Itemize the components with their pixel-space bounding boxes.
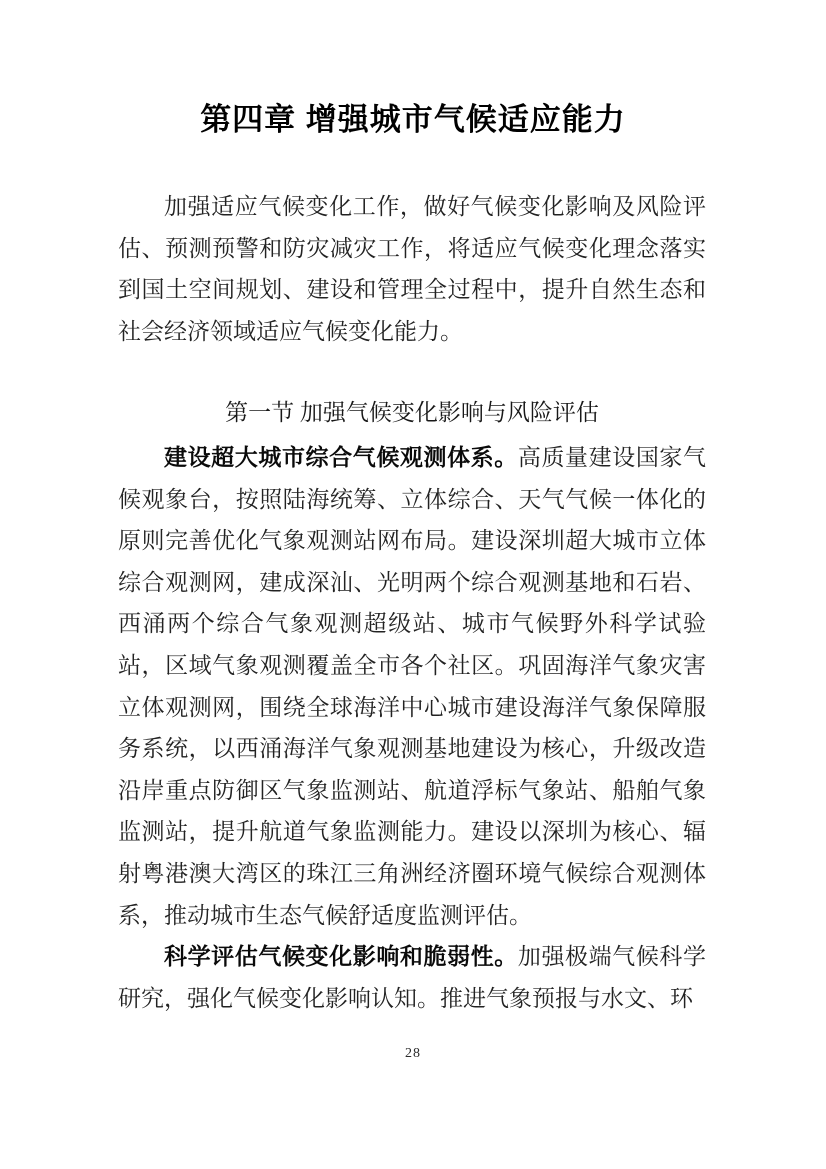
paragraph-lead: 建设超大城市综合气候观测体系。 <box>164 445 518 470</box>
chapter-title: 第四章 增强城市气候适应能力 <box>0 98 826 142</box>
paragraph-climate-assessment: 科学评估气候变化影响和脆弱性。加强极端气候科学研究，强化气候变化影响认知。推进气… <box>118 936 706 1019</box>
section-heading: 第一节 加强气候变化影响与风险评估 <box>118 392 706 434</box>
document-page: 第四章 增强城市气候适应能力 加强适应气候变化工作，做好气候变化影响及风险评估、… <box>0 0 826 1169</box>
section-body: 建设超大城市综合气候观测体系。高质量建设国家气候观象台，按照陆海统筹、立体综合、… <box>118 437 706 1019</box>
paragraph-text: 高质量建设国家气候观象台，按照陆海统筹、立体综合、天气气候一体化的原则完善优化气… <box>118 445 706 928</box>
paragraph-lead: 科学评估气候变化影响和脆弱性。 <box>164 944 518 969</box>
page-number: 28 <box>0 1046 826 1062</box>
intro-paragraph: 加强适应气候变化工作，做好气候变化影响及风险评估、预测预警和防灾减灾工作，将适应… <box>118 186 706 352</box>
paragraph-observation-system: 建设超大城市综合气候观测体系。高质量建设国家气候观象台，按照陆海统筹、立体综合、… <box>118 437 706 936</box>
